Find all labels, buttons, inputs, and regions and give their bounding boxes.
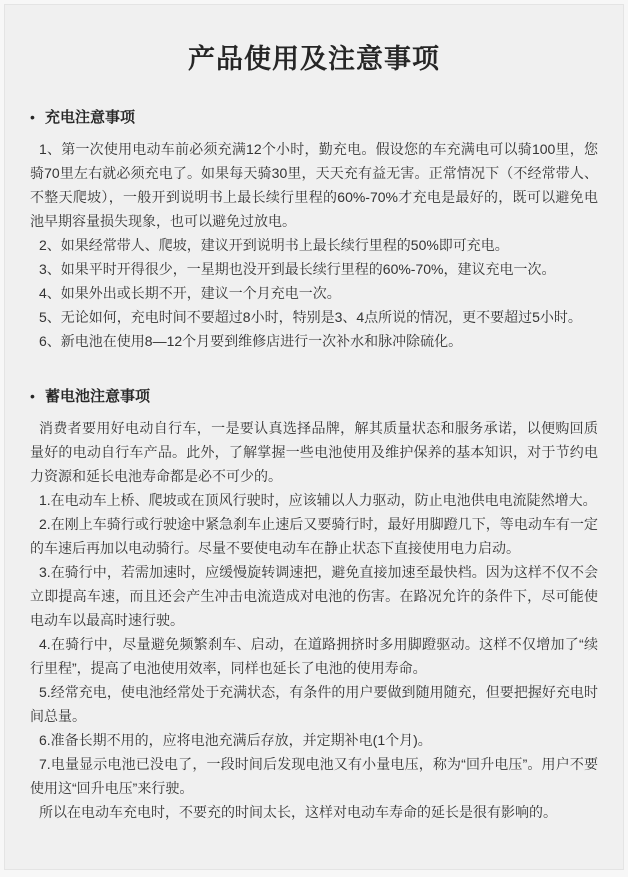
section-battery-notes: • 蓄电池注意事项 消费者要用好电动自行车，一是要认真选择品牌，解其质量状态和服… [30,385,598,824]
section-heading: • 蓄电池注意事项 [30,385,598,406]
section-heading-text: 充电注意事项 [45,106,135,127]
list-item: 4.在骑行中，尽量避免频繁刹车、启动，在道路拥挤时多用脚蹬驱动。这样不仅增加了“… [30,632,598,680]
list-item: 1.在电动车上桥、爬坡或在顶风行驶时，应该辅以人力驱动，防止电池供电电流陡然增大… [30,488,598,512]
section-heading-text: 蓄电池注意事项 [45,385,150,406]
document-page: 产品使用及注意事项 • 充电注意事项 1、第一次使用电动车前必须充满12个小时，… [4,4,624,870]
list-item: 2、如果经常带人、爬坡，建议开到说明书上最长续行里程的50%即可充电。 [30,233,598,257]
section-heading: • 充电注意事项 [30,106,598,127]
list-item: 6、新电池在使用8—12个月要到维修店进行一次补水和脉冲除硫化。 [30,329,598,353]
intro-paragraph: 消费者要用好电动自行车，一是要认真选择品牌，解其质量状态和服务承诺，以便购回质量… [30,416,598,488]
list-item: 5、无论如何，充电时间不要超过8小时，特别是3、4点所说的情况，更不要超过5小时… [30,305,598,329]
list-item: 5.经常充电，使电池经常处于充满状态，有条件的用户要做到随用随充，但要把握好充电… [30,680,598,728]
list-item: 2.在刚上车骑行或行驶途中紧急刹车止速后又要骑行时，最好用脚蹬几下，等电动车有一… [30,512,598,560]
list-item: 4、如果外出或长期不开，建议一个月充电一次。 [30,281,598,305]
page-title: 产品使用及注意事项 [30,37,598,76]
list-item: 3.在骑行中，若需加速时，应缓慢旋转调速把，避免直接加速至最快档。因为这样不仅不… [30,560,598,632]
section-charging-notes: • 充电注意事项 1、第一次使用电动车前必须充满12个小时，勤充电。假设您的车充… [30,106,598,353]
closing-paragraph: 所以在电动车充电时，不要充的时间太长，这样对电动车寿命的延长是很有影响的。 [30,800,598,824]
bullet-icon: • [30,388,45,404]
list-item: 1、第一次使用电动车前必须充满12个小时，勤充电。假设您的车充满电可以骑100里… [30,137,598,233]
bullet-icon: • [30,109,45,125]
list-item: 6.准备长期不用的，应将电池充满后存放，并定期补电(1个月)。 [30,728,598,752]
list-item: 3、如果平时开得很少，一星期也没开到最长续行里程的60%-70%，建议充电一次。 [30,257,598,281]
list-item: 7.电量显示电池已没电了，一段时间后发现电池又有小量电压，称为“回升电压”。用户… [30,752,598,800]
